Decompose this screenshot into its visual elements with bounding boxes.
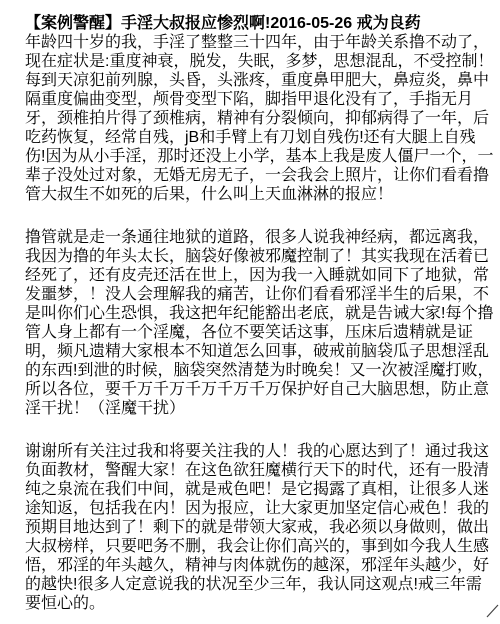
document-page: 【案例警醒】手淫大叔报应惨烈啊!2016-05-26 戒为良药 年龄四十岁的我，… [0, 0, 500, 624]
article-title: 【案例警醒】手淫大叔报应惨烈啊!2016-05-26 戒为良药 [25, 14, 482, 33]
paragraph-warning: 撸管就是走一条通往地狱的道路，很多人说我神经病，都远离我， 我因为撸的年头太长，… [25, 228, 482, 418]
paragraph-symptoms: 年龄四十岁的我，手淫了整整三十四年，由于年龄关系撸不动了， 现在症状是:重度神衰… [25, 33, 482, 204]
paragraph-thanks: 谢谢所有关注过我和将要关注我的人！我的心愿达到了！通过我这 负面教材，警醒大家！… [25, 442, 482, 613]
corner-stroke-mark [486, 604, 499, 618]
